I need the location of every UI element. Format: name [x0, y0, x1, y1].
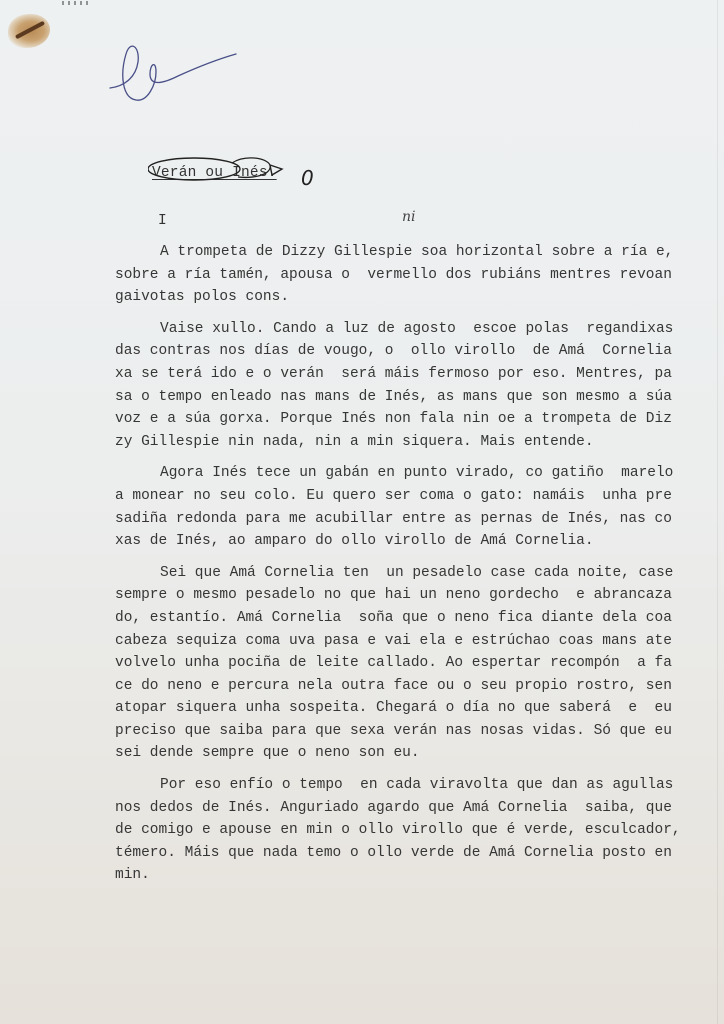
text-line: sobre a ría tamén, apousa o vermello dos… — [115, 264, 687, 287]
text-line: Agora Inés tece un gabán en punto virado… — [115, 462, 687, 485]
text-line: voz e a súa gorxa. Porque Inés non fala … — [115, 408, 687, 431]
text-line: sa o tempo enleado nas mans de Inés, as … — [115, 386, 687, 409]
paragraph: Sei que Amá Cornelia ten un pesadelo cas… — [115, 562, 687, 765]
text-line: Sei que Amá Cornelia ten un pesadelo cas… — [115, 562, 687, 585]
page-edge-shadow — [717, 0, 718, 1024]
text-line: min. — [115, 864, 687, 887]
handwritten-initials — [108, 40, 248, 112]
document-title: Verán ou Inés. — [152, 165, 277, 181]
paragraph: A trompeta de Dizzy Gillespie soa horizo… — [115, 241, 687, 309]
text-line: a monear no seu colo. Eu quero ser coma … — [115, 485, 687, 508]
title-block: Verán ou Inés. — [152, 163, 277, 187]
paragraph: Agora Inés tece un gabán en punto virado… — [115, 462, 687, 552]
text-line: sadiña redonda para me acubillar entre a… — [115, 508, 687, 531]
text-line: xas de Inés, ao amparo do ollo virollo d… — [115, 530, 687, 553]
rust-stain — [8, 14, 50, 48]
text-line: de comigo e apouse en min o ollo virollo… — [115, 819, 687, 842]
handwritten-mark-zero: 0 — [301, 166, 314, 190]
text-line: sempre o mesmo pesadelo no que hai un ne… — [115, 584, 687, 607]
text-line: ce do neno e percura nela outra face ou … — [115, 675, 687, 698]
text-line: preciso que saiba para que sexa verán na… — [115, 720, 687, 743]
text-line: sei dende sempre que o neno son eu. — [115, 742, 687, 765]
text-line: volvelo unha pociña de leite callado. Ao… — [115, 652, 687, 675]
text-line: Por eso enfío o tempo en cada viravolta … — [115, 774, 687, 797]
text-line: Vaise xullo. Cando a luz de agosto escoe… — [115, 318, 687, 341]
paragraph: Por eso enfío o tempo en cada viravolta … — [115, 774, 687, 887]
text-line: nos dedos de Inés. Anguriado agardo que … — [115, 797, 687, 820]
text-line: témero. Máis que nada temo o ollo verde … — [115, 842, 687, 865]
typewritten-page: Verán ou Inés. 0 I ni A trompeta de Dizz… — [0, 0, 724, 1024]
section-number: I — [158, 213, 167, 229]
text-line: A trompeta de Dizzy Gillespie soa horizo… — [115, 241, 687, 264]
text-line: gaivotas polos cons. — [115, 286, 687, 309]
text-line: atopar siquera unha sospeita. Chegará o … — [115, 697, 687, 720]
text-line: cabeza sequiza coma uva pasa e vai ela e… — [115, 630, 687, 653]
text-line: xa se terá ido e o verán será máis fermo… — [115, 363, 687, 386]
handwritten-mark-ni: ni — [402, 209, 416, 225]
body-text: A trompeta de Dizzy Gillespie soa horizo… — [115, 241, 687, 887]
text-line: do, estantío. Amá Cornelia soña que o ne… — [115, 607, 687, 630]
ink-specks — [62, 1, 92, 5]
text-line: zy Gillespie nin nada, nin a min siquera… — [115, 431, 687, 454]
text-line: das contras nos días de vougo, o ollo vi… — [115, 340, 687, 363]
paragraph: Vaise xullo. Cando a luz de agosto escoe… — [115, 318, 687, 454]
